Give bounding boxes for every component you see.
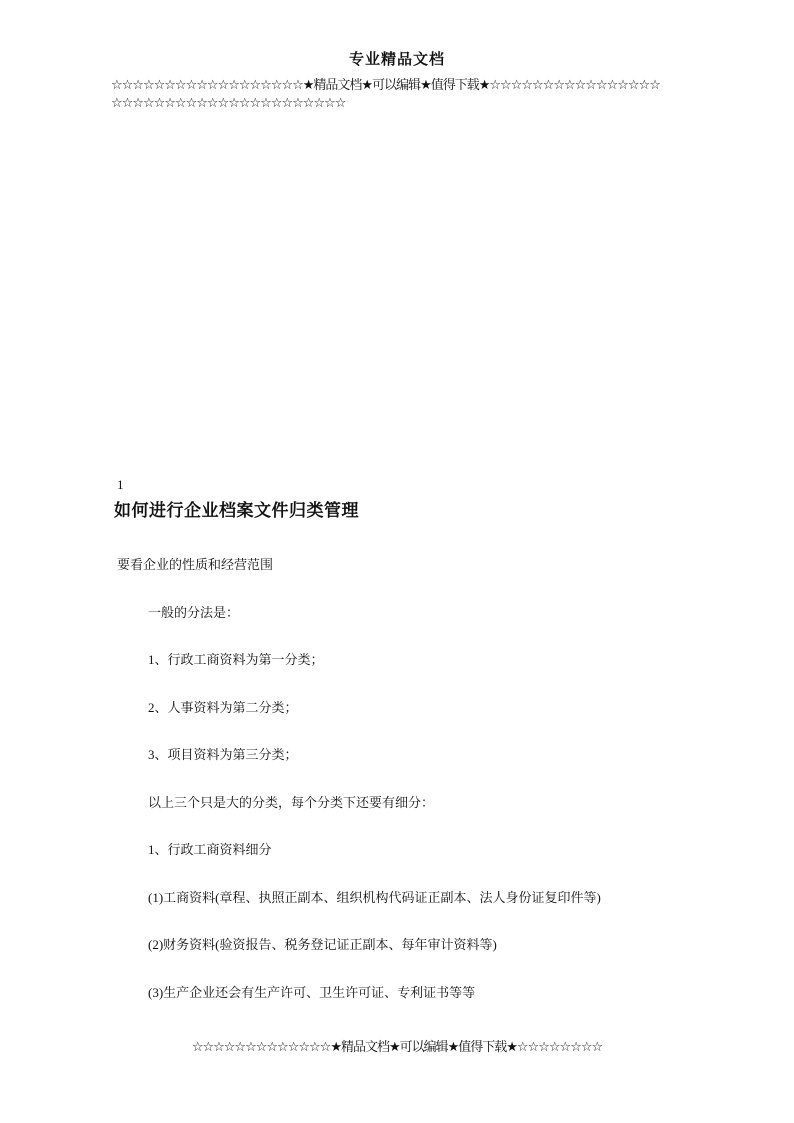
- footer-star-line: ☆☆☆☆☆☆☆☆☆☆☆☆☆★精品文档★可以编辑★值得下载★☆☆☆☆☆☆☆☆: [0, 1039, 794, 1056]
- header-star-line-2: ☆☆☆☆☆☆☆☆☆☆☆☆☆☆☆☆☆☆☆☆☆☆: [111, 95, 345, 112]
- paragraph-list: 要看企业的性质和经营范围 一般的分法是： 1、行政工商资料为第一分类； 2、人事…: [117, 556, 754, 1031]
- header-star-line-1: ☆☆☆☆☆☆☆☆☆☆☆☆☆☆☆☆☆☆★精品文档★可以编辑★值得下载★☆☆☆☆☆☆…: [111, 77, 660, 94]
- paragraph: 一般的分法是：: [117, 604, 754, 621]
- paragraph: 3、项目资料为第三分类；: [117, 746, 754, 763]
- paragraph: (3)生产企业还会有生产许可、卫生许可证、专利证书等等: [117, 984, 754, 1001]
- paragraph: 要看企业的性质和经营范围: [117, 556, 754, 573]
- document-page: 专业精品文档 ☆☆☆☆☆☆☆☆☆☆☆☆☆☆☆☆☆☆★精品文档★可以编辑★值得下载…: [0, 0, 794, 1123]
- paragraph: (2)财务资料(验资报告、税务登记证正副本、每年审计资料等): [117, 936, 754, 953]
- paragraph: 以上三个只是大的分类，每个分类下还要有细分：: [117, 794, 754, 811]
- paragraph: 1、行政工商资料为第一分类；: [117, 651, 754, 668]
- paragraph: 2、人事资料为第二分类；: [117, 699, 754, 716]
- header-title: 专业精品文档: [0, 50, 794, 70]
- paragraph: (1)工商资料(章程、执照正副本、组织机构代码证正副本、法人身份证复印件等): [117, 889, 754, 906]
- paragraph: 1、行政工商资料细分: [117, 841, 754, 858]
- document-heading: 如何进行企业档案文件归类管理: [114, 499, 359, 523]
- page-number: 1: [117, 477, 124, 493]
